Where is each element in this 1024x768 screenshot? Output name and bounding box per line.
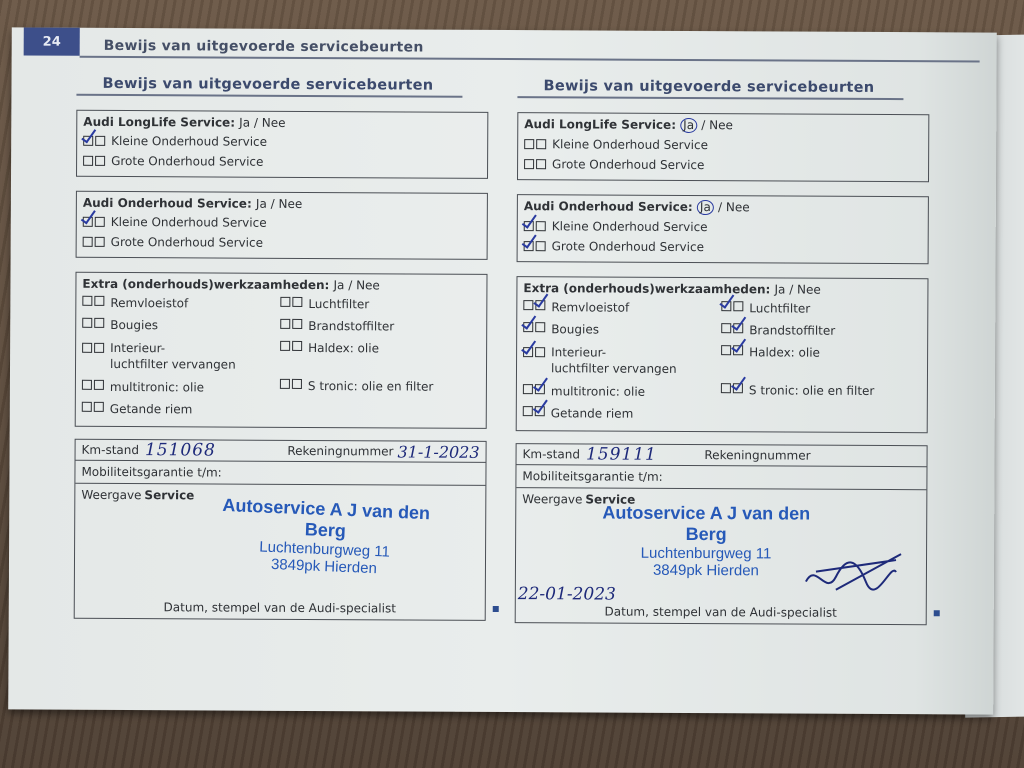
checkbox-row: Kleine Onderhoud Service bbox=[83, 215, 481, 231]
checkbox-ja[interactable] bbox=[721, 301, 731, 311]
checkbox-ja[interactable] bbox=[83, 156, 93, 166]
checkbox-row: Brandstoffilter bbox=[280, 319, 480, 334]
checkbox-nee[interactable] bbox=[94, 343, 104, 353]
onderhoud-heading: Audi Onderhoud Service: Ja / Nee bbox=[524, 199, 922, 216]
checkbox-ja[interactable] bbox=[721, 323, 731, 333]
checkbox-ja[interactable] bbox=[83, 237, 93, 247]
longlife-heading: Audi LongLife Service: Ja / Nee bbox=[83, 115, 481, 131]
checkbox-ja[interactable] bbox=[524, 139, 534, 149]
ja-nee-options: Ja / Nee bbox=[256, 197, 302, 211]
service-record-left: Bewijs van uitgevoerde servicebeurten Au… bbox=[74, 76, 489, 621]
km-value[interactable]: 159111 bbox=[586, 444, 657, 464]
checkbox-row: Brandstoffilter bbox=[721, 323, 921, 338]
checkbox-ja[interactable] bbox=[280, 319, 290, 329]
checkbox-nee[interactable] bbox=[94, 402, 104, 412]
km-row: Km-stand 151068 Rekeningnummer 31-1-2023 bbox=[76, 440, 486, 463]
service-record-box: Km-stand 151068 Rekeningnummer 31-1-2023… bbox=[74, 439, 487, 621]
checkbox-ja[interactable] bbox=[523, 322, 533, 332]
stamp-footer-label: Datum, stempel van de Audi-specialist bbox=[75, 600, 485, 616]
checkbox-ja[interactable] bbox=[524, 241, 534, 251]
extra-heading: Extra (onderhouds)werkzaamheden: Ja / Ne… bbox=[523, 281, 921, 297]
ja-selected-circle: Ja bbox=[697, 200, 714, 215]
checkbox-row: multitronic: olie bbox=[82, 380, 280, 395]
checkbox-row: Getande riem bbox=[82, 402, 280, 417]
checkbox-nee[interactable] bbox=[95, 217, 105, 227]
checkbox-ja[interactable] bbox=[82, 318, 92, 328]
checkbox-ja[interactable] bbox=[523, 347, 533, 357]
page-marker-square bbox=[493, 606, 499, 612]
checkbox-ja[interactable] bbox=[83, 217, 93, 227]
checkbox-nee[interactable] bbox=[733, 301, 743, 311]
checkbox-nee[interactable] bbox=[535, 406, 545, 416]
onderhoud-heading: Audi Onderhoud Service: Ja / Nee bbox=[83, 196, 481, 212]
section-title: Bewijs van uitgevoerde servicebeurten bbox=[76, 76, 462, 98]
checkbox-ja[interactable] bbox=[523, 384, 533, 394]
checkbox-nee[interactable] bbox=[292, 379, 302, 389]
checkbox-row: multitronic: olie bbox=[523, 384, 721, 399]
onderhoud-service-box: Audi Onderhoud Service: Ja / Nee Kleine … bbox=[76, 191, 488, 260]
checkbox-nee[interactable] bbox=[292, 341, 302, 351]
longlife-heading: Audi LongLife Service: Ja / Nee bbox=[524, 117, 922, 134]
checkbox-nee[interactable] bbox=[95, 237, 105, 247]
checkbox-ja[interactable] bbox=[721, 383, 731, 393]
checkbox-nee[interactable] bbox=[733, 323, 743, 333]
checkbox-row: Bougies bbox=[523, 322, 721, 337]
checkbox-row: S tronic: olie en filter bbox=[280, 379, 480, 394]
checkbox-nee[interactable] bbox=[535, 384, 545, 394]
checkbox-row: Grote Onderhoud Service bbox=[524, 157, 922, 173]
checkbox-row: Bougies bbox=[82, 318, 280, 333]
checkbox-row: S tronic: olie en filter bbox=[721, 383, 921, 398]
checkbox-nee[interactable] bbox=[535, 300, 545, 310]
checkbox-row: Haldex: olie bbox=[721, 345, 921, 360]
checkbox-ja[interactable] bbox=[280, 379, 290, 389]
checkbox-row: Interieur- luchtfilter vervangen bbox=[82, 340, 280, 373]
checkbox-ja[interactable] bbox=[82, 296, 92, 306]
page-marker-square bbox=[934, 610, 940, 616]
checkbox-row: Luchtfilter bbox=[721, 301, 921, 316]
checkbox-nee[interactable] bbox=[95, 156, 105, 166]
service-record-right: Bewijs van uitgevoerde servicebeurten Au… bbox=[515, 78, 930, 625]
running-header: Bewijs van uitgevoerde servicebeurten bbox=[104, 38, 424, 56]
checkbox-row: Remvloeistof bbox=[82, 296, 280, 311]
longlife-service-box: Audi LongLife Service: Ja / Nee Kleine O… bbox=[517, 112, 929, 182]
checkbox-nee[interactable] bbox=[536, 221, 546, 231]
checkbox-row: Luchtfilter bbox=[280, 297, 480, 312]
service-booklet-page: 24 Bewijs van uitgevoerde servicebeurten… bbox=[8, 27, 997, 714]
stamp-footer-label: Datum, stempel van de Audi-specialist bbox=[516, 604, 926, 620]
checkbox-ja[interactable] bbox=[523, 406, 533, 416]
ja-nee-options: Ja / Nee bbox=[333, 278, 379, 292]
checkbox-ja[interactable] bbox=[524, 221, 534, 231]
checkbox-nee[interactable] bbox=[94, 380, 104, 390]
checkbox-row: Interieur- luchtfilter vervangen bbox=[523, 344, 721, 377]
header-rule bbox=[80, 56, 980, 63]
checkbox-ja[interactable] bbox=[82, 380, 92, 390]
checkbox-nee[interactable] bbox=[94, 318, 104, 328]
checkbox-ja[interactable] bbox=[82, 343, 92, 353]
checkbox-ja[interactable] bbox=[280, 297, 290, 307]
page-number: 24 bbox=[24, 27, 80, 55]
checkbox-ja[interactable] bbox=[82, 402, 92, 412]
checkbox-row: Kleine Onderhoud Service bbox=[83, 134, 481, 150]
checkbox-nee[interactable] bbox=[535, 322, 545, 332]
handwritten-date[interactable]: 22-01-2023 bbox=[518, 584, 616, 605]
extra-heading: Extra (onderhouds)werkzaamheden: Ja / Ne… bbox=[82, 277, 480, 293]
checkbox-row: Kleine Onderhoud Service bbox=[524, 219, 922, 235]
mobility-row: Mobiliteitsgarantie t/m: bbox=[75, 461, 485, 486]
dealer-stamp: Autoservice A J van den Berg Luchtenburg… bbox=[184, 493, 467, 580]
checkbox-row: Remvloeistof bbox=[523, 300, 721, 315]
km-value[interactable]: 151068 bbox=[145, 440, 216, 460]
checkbox-ja[interactable] bbox=[523, 300, 533, 310]
checkbox-ja[interactable] bbox=[721, 345, 731, 355]
checkbox-nee[interactable] bbox=[95, 136, 105, 146]
longlife-service-box: Audi LongLife Service: Ja / Nee Kleine O… bbox=[76, 110, 488, 179]
checkbox-row: Grote Onderhoud Service bbox=[524, 239, 922, 255]
invoice-value[interactable]: 31-1-2023 bbox=[397, 442, 479, 461]
checkbox-row: Kleine Onderhoud Service bbox=[524, 137, 922, 153]
ja-selected-circle: Ja bbox=[680, 118, 697, 133]
checkbox-row: Getande riem bbox=[523, 406, 721, 421]
extra-work-box: Extra (onderhouds)werkzaamheden: Ja / Ne… bbox=[75, 272, 488, 429]
checkbox-nee[interactable] bbox=[535, 347, 545, 357]
section-title: Bewijs van uitgevoerde servicebeurten bbox=[517, 78, 903, 100]
km-row: Km-stand 159111 Rekeningnummer bbox=[517, 444, 927, 467]
checkbox-ja[interactable] bbox=[524, 159, 534, 169]
checkbox-row: Haldex: olie bbox=[280, 341, 480, 356]
mobility-row: Mobiliteitsgarantie t/m: bbox=[516, 465, 926, 490]
checkbox-row: Grote Onderhoud Service bbox=[83, 154, 481, 170]
checkbox-ja[interactable] bbox=[280, 341, 290, 351]
checkbox-nee[interactable] bbox=[536, 139, 546, 149]
signature-icon bbox=[796, 552, 906, 603]
onderhoud-service-box: Audi Onderhoud Service: Ja / Nee Kleine … bbox=[517, 194, 929, 264]
checkbox-nee[interactable] bbox=[733, 383, 743, 393]
service-record-box: Km-stand 159111 Rekeningnummer Mobilitei… bbox=[515, 443, 928, 625]
checkbox-nee[interactable] bbox=[94, 296, 104, 306]
ja-nee-options: Ja / Nee bbox=[774, 282, 820, 296]
checkbox-nee[interactable] bbox=[733, 345, 743, 355]
extra-work-box: Extra (onderhouds)werkzaamheden: Ja / Ne… bbox=[516, 276, 929, 433]
ja-nee-options: Ja / Nee bbox=[239, 116, 285, 130]
checkbox-ja[interactable] bbox=[83, 136, 93, 146]
checkbox-row: Grote Onderhoud Service bbox=[83, 235, 481, 251]
checkbox-nee[interactable] bbox=[292, 319, 302, 329]
checkbox-nee[interactable] bbox=[536, 241, 546, 251]
checkbox-nee[interactable] bbox=[536, 159, 546, 169]
checkbox-nee[interactable] bbox=[292, 297, 302, 307]
